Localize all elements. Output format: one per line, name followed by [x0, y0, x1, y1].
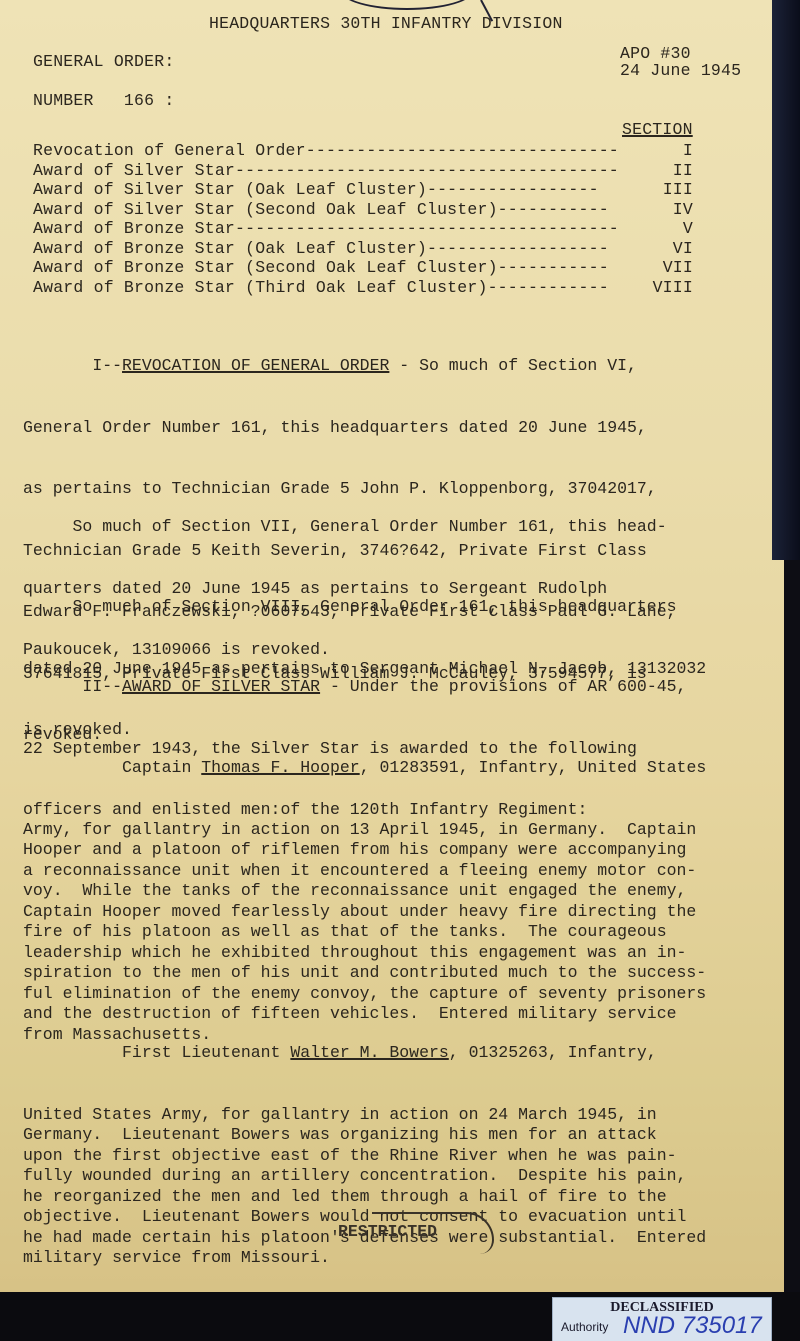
citation-line: fully wounded during an artillery concen… [23, 1166, 763, 1187]
citation-line: leadership which he exhibited throughout… [23, 943, 763, 964]
section-2-prefix: II-- [82, 677, 122, 696]
citation-bowers: First Lieutenant Walter M. Bowers, 01325… [23, 1002, 763, 1310]
stamp-authority-label: Authority [561, 1320, 608, 1334]
toc-section-heading: SECTION [622, 120, 693, 140]
toc-section-number: I [683, 141, 693, 161]
toc-row: Award of Silver Star (Second Oak Leaf Cl… [33, 200, 693, 220]
ink-curl-mark [372, 1212, 494, 1254]
toc-title: Award of Silver Star (Oak Leaf Cluster)-… [33, 180, 599, 200]
paragraph-line: So much of Section VIII, General Order 1… [23, 597, 763, 618]
stamp-authority-value: NND 735017 [623, 1312, 762, 1340]
citation-line: a reconnaissance unit when it encountere… [23, 861, 763, 882]
declassified-stamp: DECLASSIFIED Authority NND 735017 [552, 1297, 772, 1341]
toc-section-number: IV [673, 200, 693, 220]
citation-rank: Captain [122, 758, 201, 777]
citation-line: Germany. Lieutenant Bowers was organizin… [23, 1125, 763, 1146]
toc-row: Award of Bronze Star (Oak Leaf Cluster)-… [33, 239, 693, 259]
toc-section-number: III [663, 180, 693, 200]
citation-line: Hooper and a platoon of riflemen from hi… [23, 840, 763, 861]
section-1-line: - So much of Section VI, [389, 356, 637, 375]
citation-name: Thomas F. Hooper [201, 758, 359, 777]
background-edge [772, 0, 800, 560]
section-1-line: General Order Number 161, this headquart… [23, 418, 763, 439]
toc-title: Award of Silver Star--------------------… [33, 161, 619, 181]
toc-title: Award of Bronze Star (Second Oak Leaf Cl… [33, 258, 609, 278]
toc-section-number: II [673, 161, 693, 181]
ink-arc-mark [340, 0, 474, 10]
section-2-line: - Under the provisions of AR 600-45, [320, 677, 686, 696]
toc-title: Award of Silver Star (Second Oak Leaf Cl… [33, 200, 609, 220]
toc-row: Award of Silver Star (Oak Leaf Cluster)-… [33, 180, 693, 200]
toc-row: Revocation of General Order-------------… [33, 141, 693, 161]
citation-line: , 01283591, Infantry, United States [360, 758, 707, 777]
order-number: NUMBER 166 : [33, 91, 174, 111]
toc-row: Award of Bronze Star (Third Oak Leaf Clu… [33, 278, 693, 298]
paragraph-line: So much of Section VII, General Order Nu… [23, 517, 763, 538]
document-title: HEADQUARTERS 30TH INFANTRY DIVISION [209, 14, 563, 34]
citation-name: Walter M. Bowers [290, 1043, 448, 1062]
toc-row: Award of Silver Star--------------------… [33, 161, 693, 181]
citation-line: fire of his platoon as well as that of t… [23, 922, 763, 943]
citation-line: , 01325263, Infantry, [449, 1043, 657, 1062]
section-1-prefix: I-- [92, 356, 122, 375]
order-date: 24 June 1945 [620, 61, 741, 81]
toc-title: Award of Bronze Star--------------------… [33, 219, 619, 239]
document-page: HEADQUARTERS 30TH INFANTRY DIVISION GENE… [0, 0, 784, 1292]
citation-line: ful elimination of the enemy convoy, the… [23, 984, 763, 1005]
toc-section-number: VII [663, 258, 693, 278]
toc-section-number: VI [673, 239, 693, 259]
section-1-heading: REVOCATION OF GENERAL ORDER [122, 356, 389, 375]
toc-title: Award of Bronze Star (Oak Leaf Cluster)-… [33, 239, 609, 259]
citation-line: voy. While the tanks of the reconnaissan… [23, 881, 763, 902]
citation-rank: First Lieutenant [122, 1043, 290, 1062]
citation-line: spiration to the men of his unit and con… [23, 963, 763, 984]
citation-line: upon the first objective east of the Rhi… [23, 1146, 763, 1167]
citation-line: Army, for gallantry in action on 13 Apri… [23, 820, 763, 841]
citation-line: United States Army, for gallantry in act… [23, 1105, 763, 1126]
toc-title: Revocation of General Order-------------… [33, 141, 619, 161]
general-order-label: GENERAL ORDER: [33, 52, 174, 72]
toc-title: Award of Bronze Star (Third Oak Leaf Clu… [33, 278, 609, 298]
toc-section-number: VIII [653, 278, 693, 298]
toc-row: Award of Bronze Star--------------------… [33, 219, 693, 239]
toc-section-number: V [683, 219, 693, 239]
toc-row: Award of Bronze Star (Second Oak Leaf Cl… [33, 258, 693, 278]
citation-line: he reorganized the men and led them thro… [23, 1187, 763, 1208]
section-2-heading: AWARD OF SILVER STAR [122, 677, 320, 696]
citation-line: Captain Hooper moved fearlessly about un… [23, 902, 763, 923]
